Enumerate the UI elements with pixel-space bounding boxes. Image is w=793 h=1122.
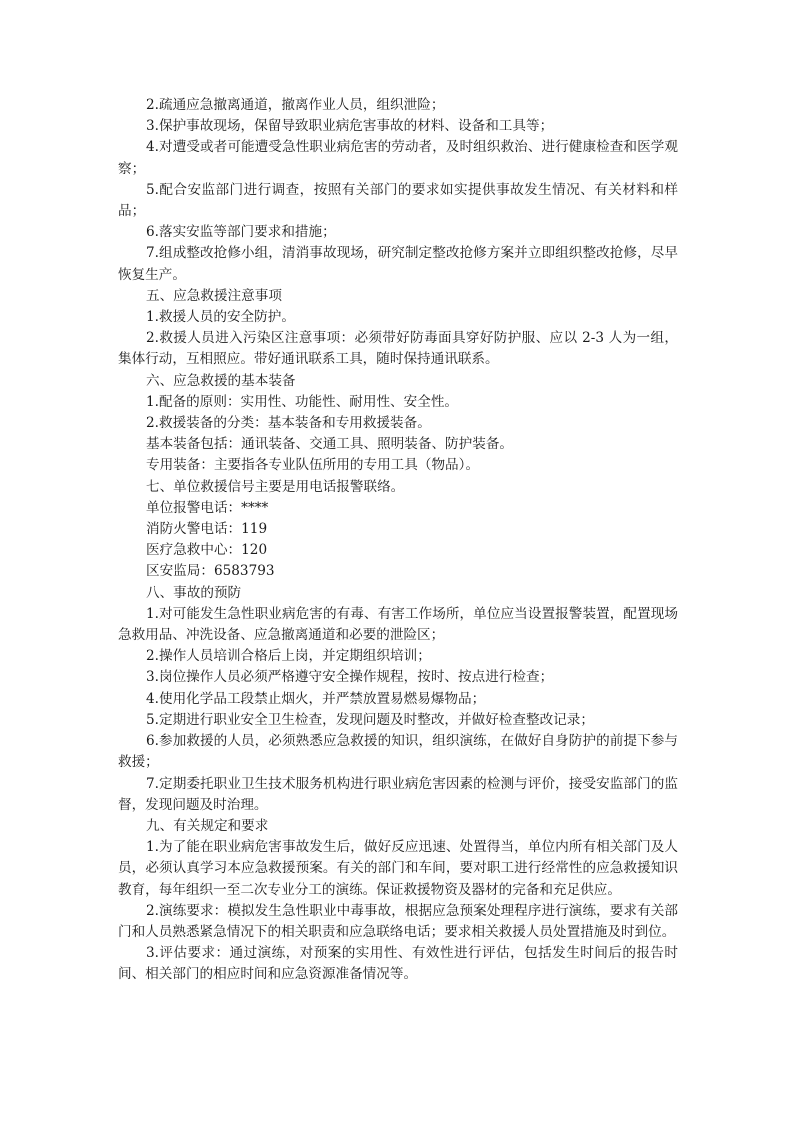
section-heading-5: 五、应急救援注意事项 bbox=[118, 286, 678, 307]
list-item-alarm-devices: 1.对可能发生急性职业病危害的有毒、有害工作场所，单位应当设置报警装置，配置现场… bbox=[118, 604, 678, 646]
document-page: 2.疏通应急撤离通道，撤离作业人员，组织泄险； 3.保护事故现场，保留导致职业病… bbox=[118, 95, 678, 986]
list-item-evacuation: 2.疏通应急撤离通道，撤离作业人员，组织泄险； bbox=[118, 95, 678, 116]
list-item-drill-requirements: 2.演练要求：模拟发生急性职业中毒事故，根据应急预案处理程序进行演练，要求有关部… bbox=[118, 901, 678, 943]
list-item-hazard-testing: 7.定期委托职业卫生技术服务机构进行职业病危害因素的检测与评价，接受安监部门的监… bbox=[118, 774, 678, 816]
section-heading-6: 六、应急救援的基本装备 bbox=[118, 371, 678, 392]
list-item-basic-equipment: 基本装备包括：通讯装备、交通工具、照明装备、防护装备。 bbox=[118, 434, 678, 455]
list-item-study-plan: 1.为了能在职业病危害事故发生后，做好反应迅速、处置得当，单位内所有相关部门及人… bbox=[118, 837, 678, 901]
list-item-safety-protection: 1.救援人员的安全防护。 bbox=[118, 307, 678, 328]
list-item-operating-rules: 3.岗位操作人员必须严格遵守安全操作规程，按时、按点进行检查； bbox=[118, 667, 678, 688]
list-item-implement-measures: 6.落实安监等部门要求和措施； bbox=[118, 222, 678, 243]
list-item-repair-team: 7.组成整改抢修小组，清消事故现场，研究制定整改抢修方案并立即组织整改抢修，尽早… bbox=[118, 243, 678, 285]
list-item-regular-inspection: 5.定期进行职业安全卫生检查，发现问题及时整改，并做好检查整改记录； bbox=[118, 710, 678, 731]
list-item-protect-scene: 3.保护事故现场，保留导致职业病危害事故的材料、设备和工具等； bbox=[118, 116, 678, 137]
list-item-no-fire: 4.使用化学品工段禁止烟火，并严禁放置易燃易爆物品； bbox=[118, 689, 678, 710]
section-heading-9: 九、有关规定和要求 bbox=[118, 816, 678, 837]
contact-fire-alarm: 消防火警电话：119 bbox=[118, 519, 678, 540]
list-item-treatment: 4.对遭受或者可能遭受急性职业病危害的劳动者，及时组织救治、进行健康检查和医学观… bbox=[118, 137, 678, 179]
list-item-special-equipment: 专用装备：主要指各专业队伍所用的专用工具（物品）。 bbox=[118, 455, 678, 476]
list-item-rescue-knowledge: 6.参加救援的人员，必须熟悉应急救援的知识，组织演练，在做好自身防护的前提下参与… bbox=[118, 731, 678, 773]
contact-safety-bureau: 区安监局：6583793 bbox=[118, 561, 678, 582]
list-item-evaluation-requirements: 3.评估要求：通过演练，对预案的实用性、有效性进行评估，包括发生时间后的报告时间… bbox=[118, 943, 678, 985]
list-item-cooperate-investigation: 5.配合安监部门进行调查，按照有关部门的要求如实提供事故发生情况、有关材料和样品… bbox=[118, 180, 678, 222]
section-heading-8: 八、事故的预防 bbox=[118, 583, 678, 604]
list-item-equipment-principle: 1.配备的原则：实用性、功能性、耐用性、安全性。 bbox=[118, 392, 678, 413]
list-item-equipment-classification: 2.救援装备的分类：基本装备和专用救援装备。 bbox=[118, 413, 678, 434]
section-heading-7: 七、单位救援信号主要是用电话报警联络。 bbox=[118, 477, 678, 498]
contact-unit-alarm: 单位报警电话：**** bbox=[118, 498, 678, 519]
list-item-training: 2.操作人员培训合格后上岗，并定期组织培训； bbox=[118, 646, 678, 667]
list-item-contaminated-zone: 2.救援人员进入污染区注意事项：必须带好防毒面具穿好防护服、应以 2-3 人为一… bbox=[118, 328, 678, 370]
contact-medical-center: 医疗急救中心：120 bbox=[118, 540, 678, 561]
